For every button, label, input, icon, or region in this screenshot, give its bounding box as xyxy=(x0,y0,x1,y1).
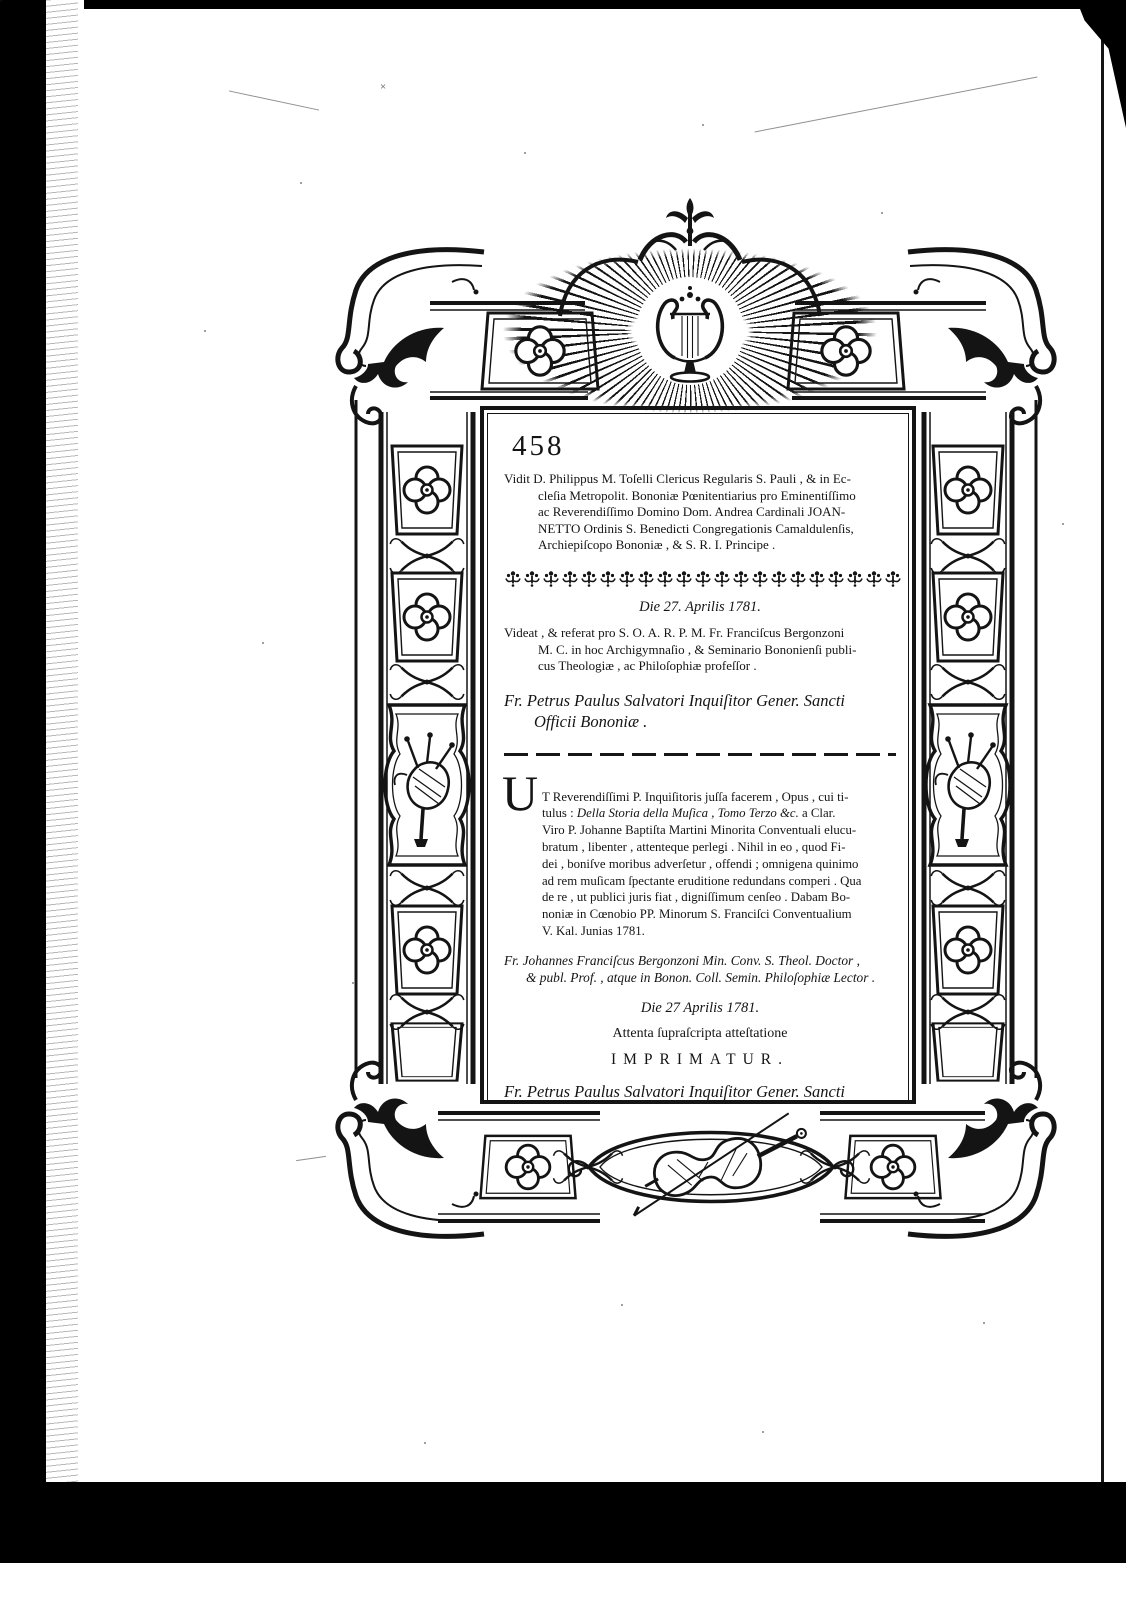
date-line-1: Die 27. Aprilis 1781. xyxy=(504,599,896,616)
inquisitor-signature-1: Fr. Petrus Paulus Salvatori Inquiſitor G… xyxy=(504,690,896,732)
scan-edge-bottom xyxy=(0,1482,1126,1563)
work-title: Della Storia della Muſica , Tomo Terzo &… xyxy=(577,806,799,820)
frame-right-band xyxy=(926,446,1010,1081)
approbation-rest: a Clar. Viro P. Johanne Baptiſta Martini… xyxy=(542,806,861,938)
stray-ink-mark: × xyxy=(380,82,386,93)
imprimatur-word: IMPRIMATUR. xyxy=(504,1051,896,1069)
attestation-line: Attenta ſupraſcripta atteſtatione xyxy=(504,1026,896,1042)
frame-bottom-band xyxy=(480,1111,940,1216)
scanned-book-page: 458 Vidit D. Philippus M. Toſelli Cleric… xyxy=(0,0,1126,1600)
scan-edge-top xyxy=(84,0,1126,9)
dashed-divider-rule xyxy=(504,753,896,756)
approbation-paragraph: UT Reverendiſſimi P. Inquiſitoris juſſa … xyxy=(504,772,896,940)
scan-edge-left-rough xyxy=(44,0,78,1562)
inquisitor-signature-2: Fr. Petrus Paulus Salvatori Inquiſitor G… xyxy=(504,1081,896,1103)
referral-paragraph: Videat , & referat pro S. O. A. R. P. M.… xyxy=(504,625,896,675)
fleuron-ornament-row xyxy=(504,568,903,588)
imprimatur-text-panel: 458 Vidit D. Philippus M. Toſelli Cleric… xyxy=(480,406,916,1104)
date-line-2: Die 27 Aprilis 1781. xyxy=(504,1000,896,1017)
ink-specks xyxy=(0,0,2,2)
lyre-icon xyxy=(636,277,744,385)
frame-left-band xyxy=(385,446,469,1081)
page-number: 458 xyxy=(512,430,896,463)
drop-cap: U xyxy=(502,773,538,813)
violin-and-bow-icon xyxy=(569,1111,853,1216)
censor-signature: Fr. Johannes Franciſcus Bergonzoni Min. … xyxy=(504,952,896,987)
scan-page-edge-line xyxy=(1101,8,1104,1482)
text-area: 458 Vidit D. Philippus M. Toſelli Cleric… xyxy=(487,413,909,1103)
censor-note-paragraph: Vidit D. Philippus M. Toſelli Clericus R… xyxy=(504,471,896,554)
scan-edge-left xyxy=(0,0,46,1562)
